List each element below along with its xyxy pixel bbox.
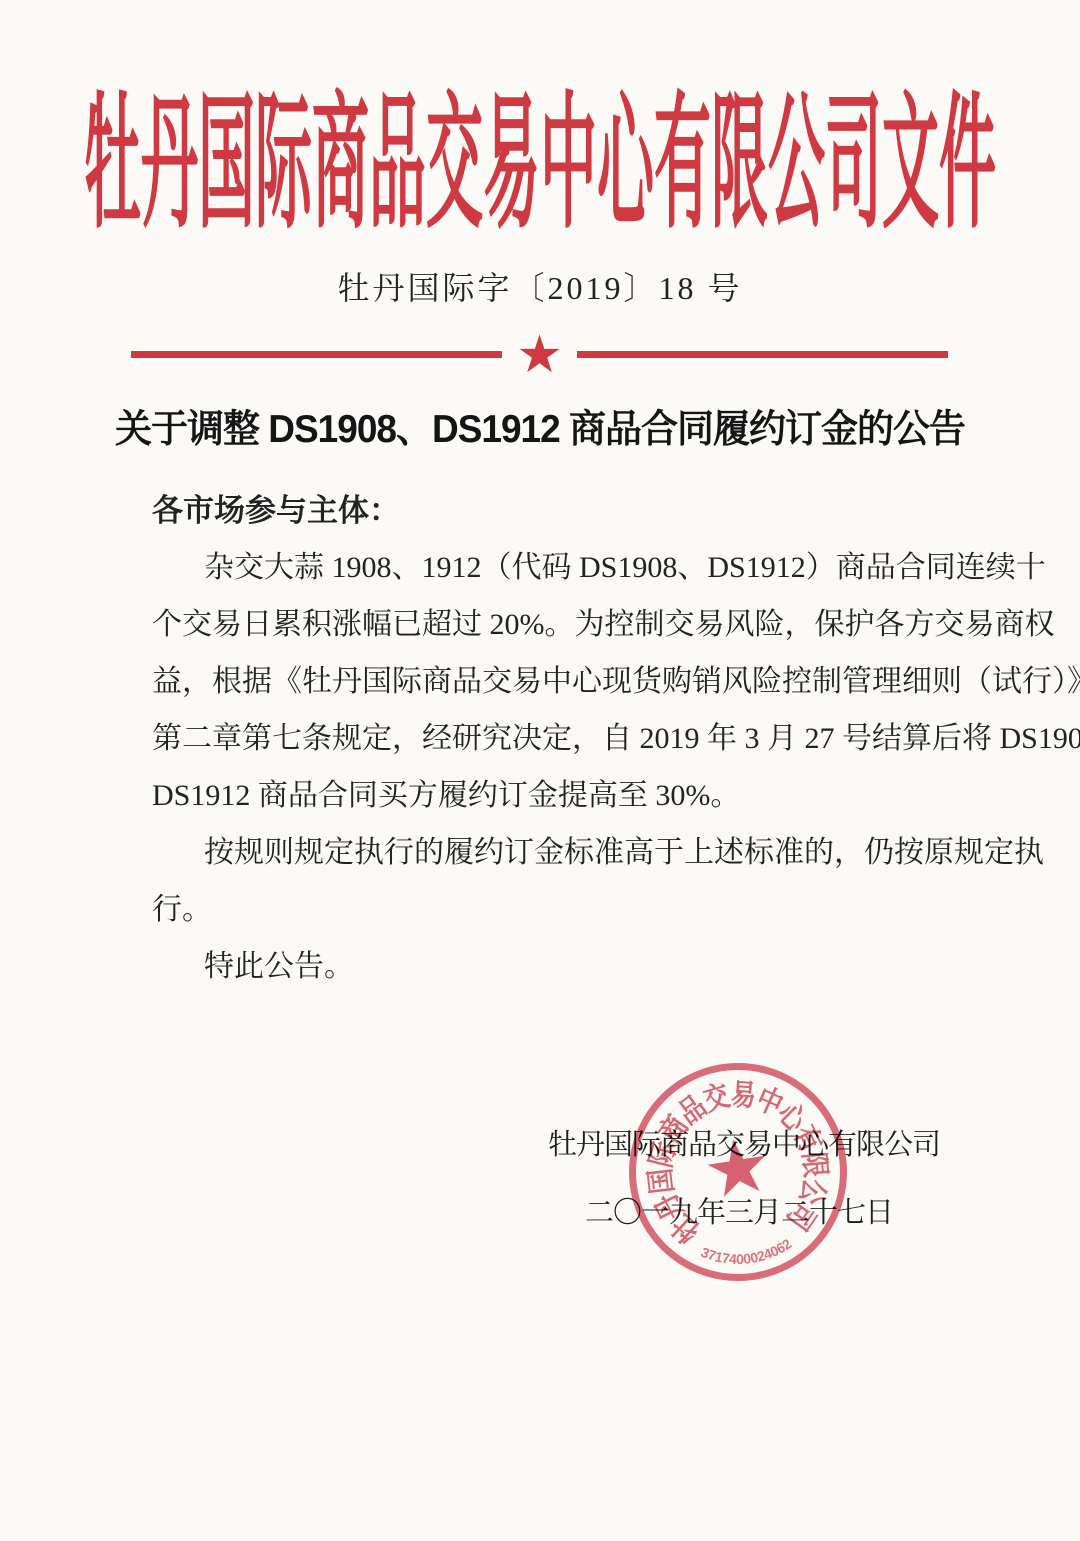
seal-char: 0 — [742, 1250, 751, 1267]
signature-date: 二〇一九年三月二十七日 — [548, 1190, 930, 1231]
document-number: 牡丹国际字〔2019〕18 号 — [0, 263, 1080, 309]
announcement-title: 关于调整 DS1908、DS1912 商品合同履约订金的公告 — [0, 397, 1080, 454]
seal-char: 0 — [767, 1242, 781, 1260]
seal-char: 0 — [749, 1249, 760, 1266]
letterhead-org-title: 牡丹国际商品交易中心有限公司文件 — [84, 46, 996, 258]
red-divider: ★ — [131, 326, 948, 382]
letterhead: 牡丹国际商品交易中心有限公司文件 — [0, 72, 1080, 232]
divider-line-right — [577, 351, 948, 358]
announcement-body: 各市场参与主体： 杂交大蒜 1908、1912（代码 DS1908、DS1912… — [152, 482, 960, 995]
seal-char: 2 — [779, 1235, 794, 1253]
body-line: 第二章第七条规定，经研究决定，自 2019 年 3 月 27 号结算后将 DS1… — [152, 710, 960, 767]
body-line: DS1912 商品合同买方履约订金提高至 30%。 — [152, 767, 960, 824]
body-line: 特此公告。 — [152, 938, 960, 995]
seal-char: 4 — [761, 1245, 774, 1263]
seal-char: 1 — [713, 1248, 724, 1265]
seal-char: 易 — [730, 1071, 758, 1116]
seal-char: 3 — [699, 1244, 712, 1262]
seal-char: 0 — [736, 1251, 744, 1267]
seal-char: 2 — [755, 1247, 767, 1264]
body-line: 行。 — [152, 881, 960, 938]
body-line: 益，根据《牡丹国际商品交易中心现货购销风险控制管理细则（试行）》 — [152, 653, 960, 710]
body-line: 按规则规定执行的履约订金标准高于上述标准的，仍按原规定执 — [152, 824, 960, 881]
divider-line-left — [131, 351, 502, 358]
body-line: 杂交大蒜 1908、1912（代码 DS1908、DS1912）商品合同连续十 — [152, 539, 960, 596]
signature-org-name: 牡丹国际商品交易中心有限公司 — [548, 1122, 930, 1163]
seal-char: 中 — [750, 1075, 791, 1125]
body-lines: 杂交大蒜 1908、1912（代码 DS1908、DS1912）商品合同连续十个… — [152, 539, 960, 995]
seal-char: 6 — [773, 1239, 788, 1257]
body-line: 个交易日累积涨幅已超过 20%。为控制交易风险，保护各方交易商权 — [152, 596, 960, 653]
salutation: 各市场参与主体： — [152, 482, 960, 539]
signature-block: 牡丹国际商品交易中心有限公司 二〇一九年三月二十七日 — [548, 1122, 930, 1231]
seal-char: 7 — [721, 1250, 731, 1267]
star-icon: ★ — [516, 330, 563, 382]
seal-char: 7 — [706, 1246, 718, 1264]
seal-char: 交 — [698, 1072, 734, 1120]
document-page: 牡丹国际商品交易中心有限公司文件 牡丹国际字〔2019〕18 号 ★ 关于调整 … — [0, 0, 1080, 1541]
seal-char: 4 — [729, 1251, 738, 1267]
